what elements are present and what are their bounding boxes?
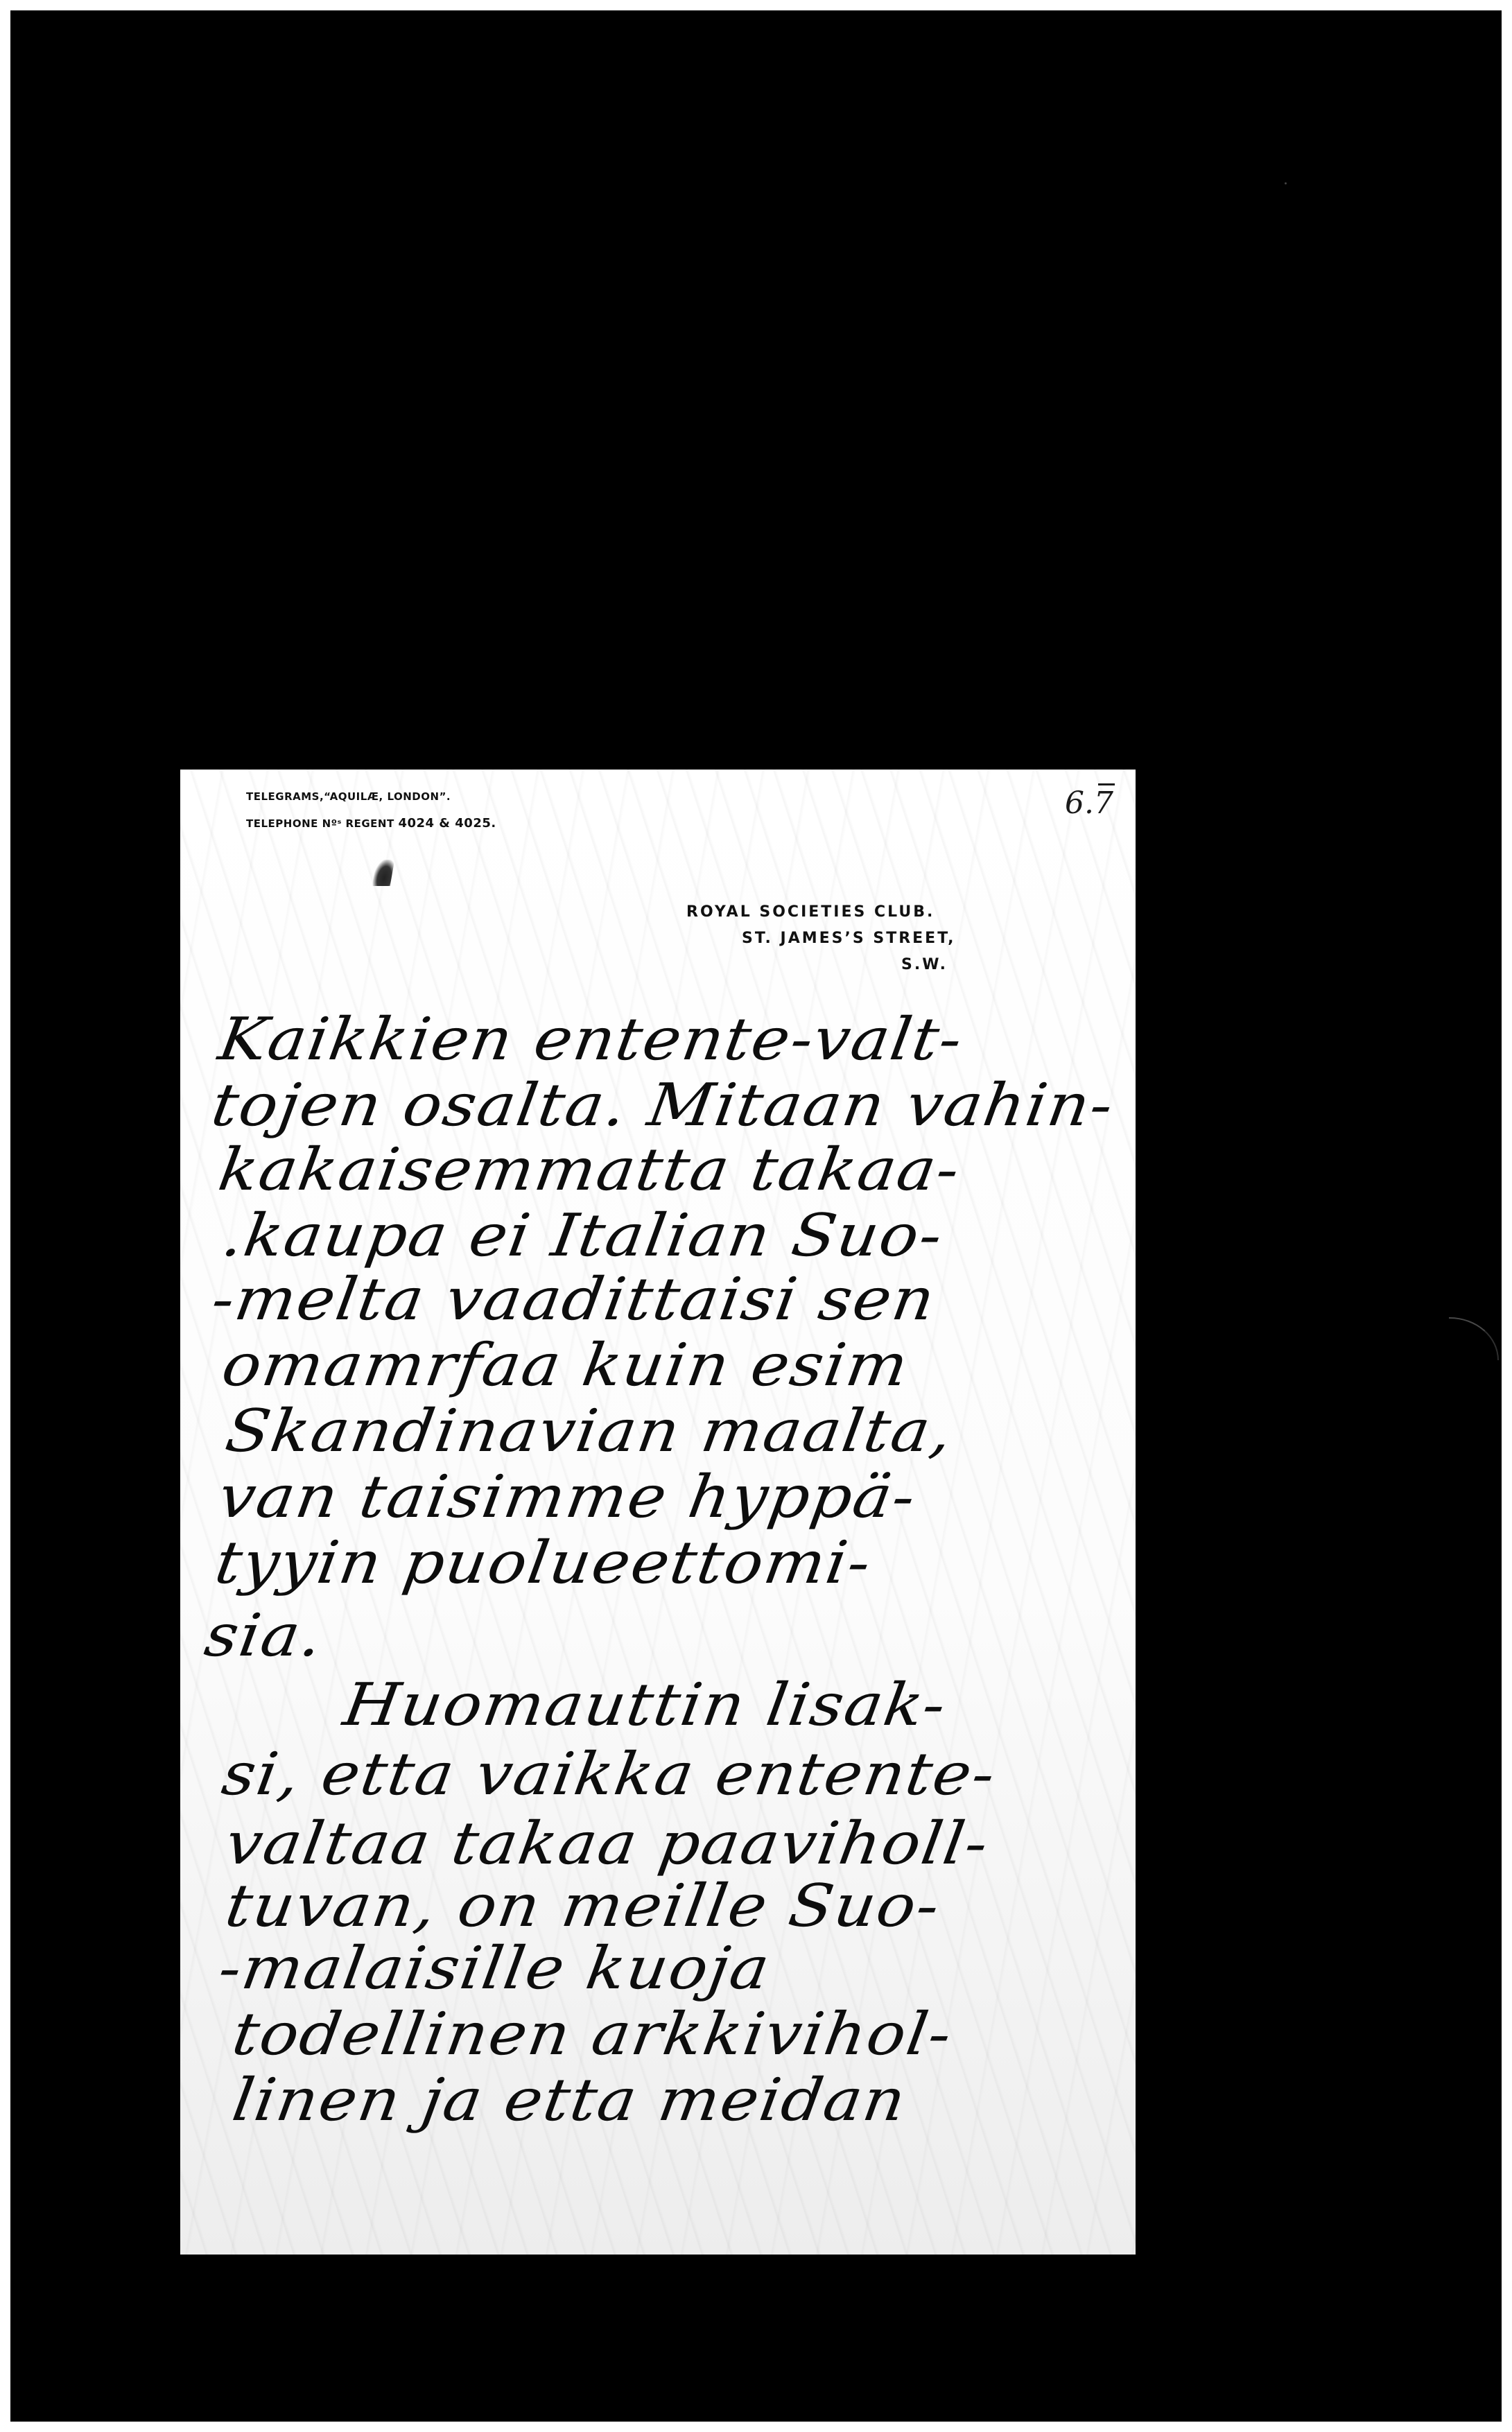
letter-page: TELEGRAMS,“AQUILÆ, LONDON”. TELEPHONE Nº… [180, 770, 1136, 2255]
page-number: 6.7 [1065, 783, 1115, 819]
handwritten-line: todellinen arkkivihol- [229, 2005, 956, 2064]
ink-blot [372, 860, 395, 886]
telephone-numbers: 4024 & 4025. [398, 816, 496, 831]
handwritten-line: van taisimme hyppä- [215, 1468, 920, 1527]
page-number-text: 6.7 [1065, 785, 1113, 821]
handwritten-line: si, etta vaikka entente- [218, 1745, 1000, 1804]
handwritten-line: omamrfaa kuin esim [218, 1336, 913, 1395]
handwritten-line: tyyin puolueettomi- [211, 1534, 876, 1592]
telegrams-line: TELEGRAMS,“AQUILÆ, LONDON”. [246, 792, 496, 802]
telephone-prefix: TELEPHONE Nºˢ REGENT [246, 817, 394, 830]
postal-district: S.W. [901, 957, 955, 973]
street-address: ST. JAMES’S STREET, [742, 931, 955, 946]
telephone-line: TELEPHONE Nºˢ REGENT 4024 & 4025. [246, 817, 496, 830]
handwritten-line: .kaupa ei Italian Suo- [218, 1206, 947, 1265]
handwritten-line: valtaa takaa paaviholl- [222, 1814, 993, 1873]
handwritten-line: Huomauttin lisak- [340, 1676, 950, 1735]
scan-scratch-mark [1449, 1317, 1499, 1360]
handwritten-line: sia. [201, 1606, 327, 1665]
club-name: ROYAL SOCIETIES CLUB. [686, 905, 955, 920]
scan-speck [1285, 182, 1287, 184]
handwritten-line: -malaisille kuoja [215, 1939, 774, 1998]
handwritten-line: tuvan, on meille Suo- [222, 1877, 944, 1936]
letterhead-contact: TELEGRAMS,“AQUILÆ, LONDON”. TELEPHONE Nº… [246, 792, 496, 830]
handwritten-line: Kaikkien entente-valt- [215, 1010, 967, 1069]
letterhead-address: ROYAL SOCIETIES CLUB. ST. JAMES’S STREET… [686, 905, 955, 973]
handwritten-line: tojen osalta. Mitaan vahin- [208, 1076, 1118, 1135]
handwritten-line: kakaisemmatta takaa- [215, 1140, 964, 1199]
handwritten-line: linen ja etta meidan [229, 2071, 910, 2130]
handwritten-line: Skandinavian maalta, [222, 1402, 957, 1461]
handwritten-line: -melta vaadittaisi sen [208, 1270, 939, 1329]
